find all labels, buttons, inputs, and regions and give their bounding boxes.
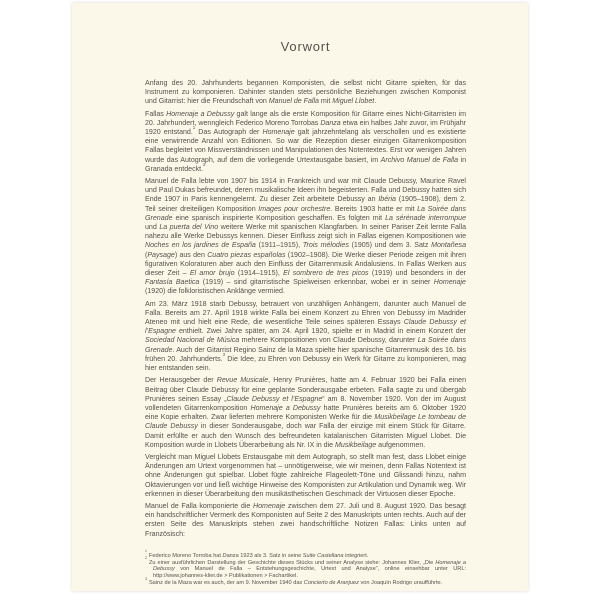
italic-text: Fantasía Baetica — [145, 278, 199, 286]
italic-text: Suite Castellana — [303, 553, 344, 559]
paragraph: Anfang des 20. Jahrhunderts begannen Kom… — [145, 79, 466, 107]
text-run: (1919) – sind gitarristische Spielweisen… — [199, 278, 433, 286]
italic-text: La puerta del Vino — [159, 223, 218, 231]
italic-text: Homenaje — [434, 278, 466, 286]
text-run: enthielt. Zwei Jahre später, am 24. Apri… — [176, 327, 466, 335]
italic-text: Archivo Manuel de Falla — [381, 156, 458, 164]
text-run: aufgenommen. — [376, 441, 425, 449]
text-run: Der Herausgeber der — [145, 376, 217, 384]
italic-text: Homenaje — [253, 502, 285, 510]
text-run: Das Autograph der — [195, 128, 262, 136]
footnote-marker: 1 — [145, 549, 147, 553]
footnote: 2Zu einer ausführlichen Darstellung der … — [145, 560, 466, 580]
text-run: (1905) und dem 3. Satz — [349, 241, 431, 249]
italic-text: Homenaje a Debussy — [166, 110, 234, 118]
italic-text: Miguel Llobet — [332, 97, 374, 105]
text-run: Sainz de la Maza war es auch, der am 9. … — [149, 580, 304, 586]
italic-text: Paysage — [147, 251, 174, 259]
text-run: (1911–1915), — [256, 241, 303, 249]
italic-text: Images pour orchestre — [258, 205, 330, 213]
italic-text: Trois mélodies — [303, 241, 349, 249]
italic-text: El amor brujo — [190, 269, 235, 277]
footnote-marker: 3 — [145, 577, 147, 581]
text-run: (1919) und besonders in der — [369, 269, 466, 277]
paragraph: Vergleicht man Miguel Llobets Erstausgab… — [145, 453, 466, 499]
canvas: Vorwort Anfang des 20. Jahrhunderts bega… — [0, 0, 600, 600]
text-run: mit — [319, 97, 332, 105]
italic-text: Manuel de Falla — [269, 97, 319, 105]
italic-text: Danza — [320, 119, 340, 127]
text-run: eine spanisch inspirierte Komposition ge… — [172, 214, 385, 222]
text-run: Federico Moreno Torroba hat — [149, 553, 223, 559]
paragraph: Manuel de Falla komponierte die Homenaje… — [145, 502, 466, 539]
paragraph: Manuel de Falla lebte von 1907 bis 1914 … — [145, 177, 466, 297]
preface-body: Anfang des 20. Jahrhunderts begannen Kom… — [145, 79, 466, 539]
italic-text: Claude Debussy et l’Espagne — [227, 395, 323, 403]
italic-text: Danza — [223, 553, 239, 559]
text-run: mehrere Kompositionen von Claude Debussy… — [239, 336, 417, 344]
text-run: 1923 als 3. Satz in seine — [239, 553, 303, 559]
footnote-ref: 3 — [223, 352, 225, 357]
italic-text: Ibéria — [378, 195, 396, 203]
text-run: von Joaquín Rodrigo uraufführte. — [359, 580, 442, 586]
text-run: und — [145, 223, 159, 231]
text-run: . — [374, 97, 376, 105]
text-run: . Bereits 1903 hatte er mit — [330, 205, 417, 213]
text-run: (1920) die folkloristischen Anklänge ver… — [145, 287, 285, 295]
italic-text: El sombrero de tres picos — [283, 269, 368, 277]
footnote-ref: 1 — [193, 125, 195, 130]
text-run: integriert. — [344, 553, 369, 559]
footnote: 1Federico Moreno Torroba hat Danza 1923 … — [145, 553, 466, 560]
italic-text: Concierto de Aranjuez — [304, 580, 359, 586]
text-run: ) aus den — [175, 251, 207, 259]
page-content: Vorwort Anfang des 20. Jahrhunderts bega… — [72, 39, 528, 587]
text-run: Manuel de Falla komponierte die — [145, 502, 253, 510]
italic-text: Musikbeilage — [335, 441, 376, 449]
italic-text: Cuatro piezas españolas — [207, 251, 285, 259]
italic-text: Sociedad Nacional de Música — [145, 336, 239, 344]
text-run: Zu einer ausführlichen Darstellung der G… — [149, 560, 435, 566]
footnotes-section: 1Federico Moreno Torroba hat Danza 1923 … — [145, 553, 466, 587]
italic-text: Noches en los jardines de España — [145, 241, 256, 249]
footnote-marker: 2 — [145, 556, 147, 560]
footnote: 3Sainz de la Maza war es auch, der am 9.… — [145, 580, 466, 587]
italic-text: La sérénade interrompue — [385, 214, 466, 222]
paragraph: Am 23. März 1918 starb Debussy, betrauer… — [145, 300, 466, 374]
text-run: (1914–1915), — [235, 269, 284, 277]
paragraph: Der Herausgeber der Revue Musicale, Henr… — [145, 376, 466, 450]
text-run: Fallas — [145, 110, 166, 118]
document-page: Vorwort Anfang des 20. Jahrhunderts bega… — [72, 3, 528, 591]
italic-text: Homenaje a Debussy — [250, 404, 320, 412]
paragraph: Fallas Homenaje a Debussy galt lange als… — [145, 110, 466, 174]
italic-text: Homenaje — [262, 128, 294, 136]
italic-text: Montañesa — [431, 241, 466, 249]
italic-text: Revue Musicale — [217, 376, 268, 384]
text-run: von Manuel de Falla – Entstehungsgeschic… — [153, 566, 466, 579]
text-run: Vergleicht man Miguel Llobets Erstausgab… — [145, 453, 466, 498]
page-title: Vorwort — [145, 39, 466, 54]
